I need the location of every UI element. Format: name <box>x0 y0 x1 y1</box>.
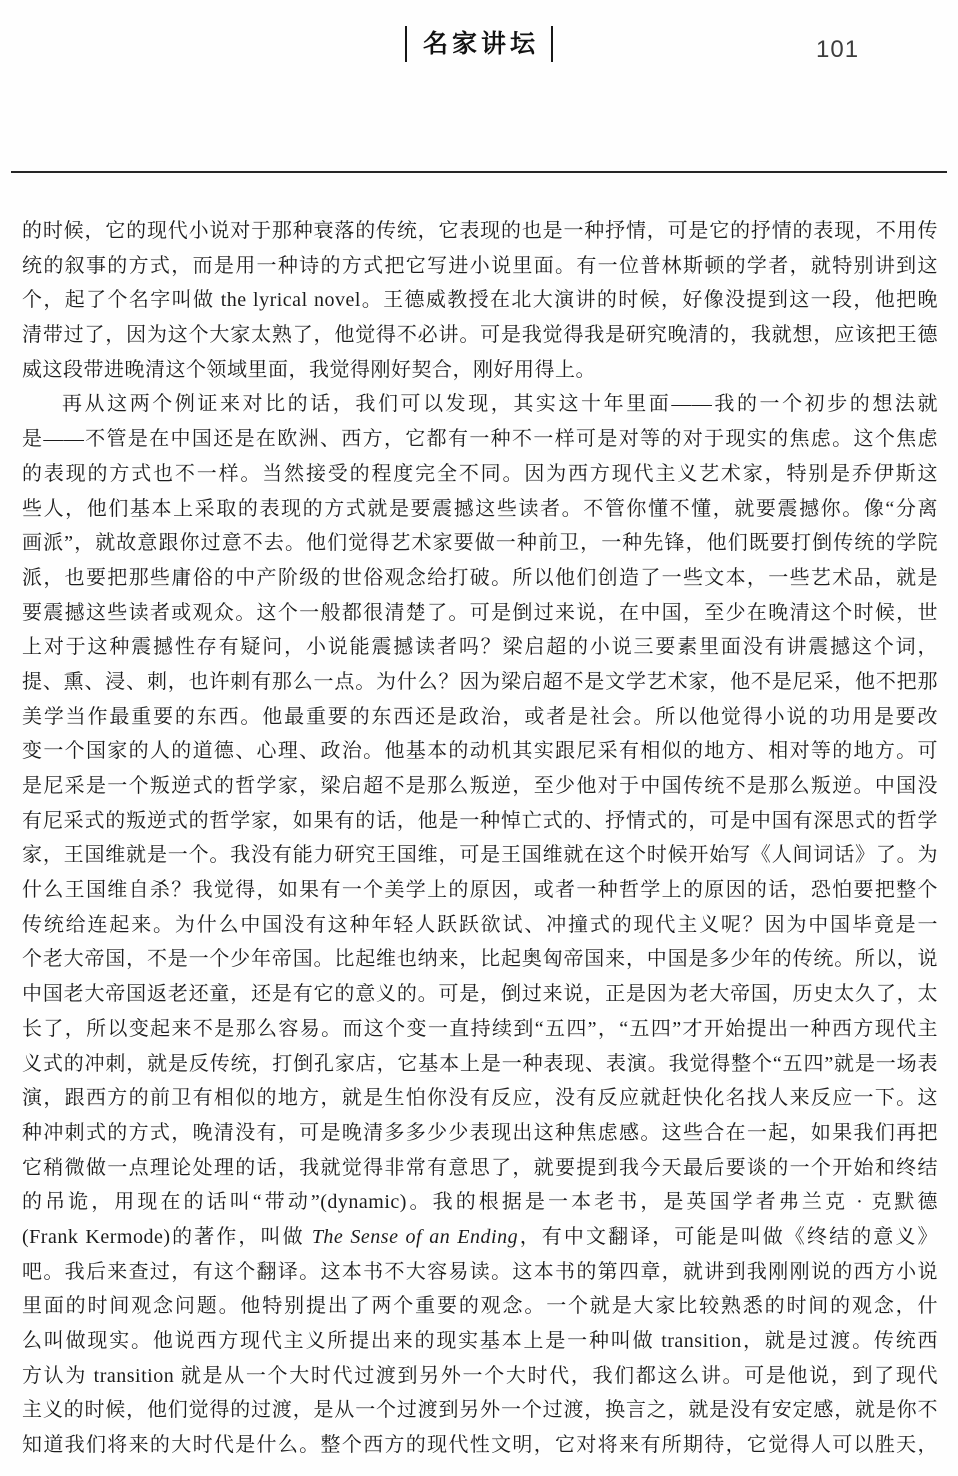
paragraph: 的时候，它的现代小说对于那种衰落的传统，它表现的也是一种抒情，可是它的抒情的表现… <box>22 214 938 387</box>
text-line: 演，跟西方的前卫有相似的地方，就是生怕你没有反应，没有反应就赶快化名找人来反应一… <box>22 1081 938 1116</box>
text-line: 中国老大帝国返老还童，还是有它的意义的。可是，倒过来说，正是因为老大帝国，历史太… <box>22 977 938 1012</box>
text-line: 是——不管是在中国还是在欧洲、西方，它都有一种不一样可是对等的对于现实的焦虑。这… <box>22 422 938 457</box>
text-line: 义式的冲刺，就是反传统，打倒孔家店，它基本上是一种表现、表演。我觉得整个“五四”… <box>22 1047 938 1082</box>
running-head: 名家讲坛 101 <box>0 26 958 70</box>
text-line: 什么王国维自杀？我觉得，如果有一个美学上的原因，或者一种哲学上的原因的话，恐怕要… <box>22 873 938 908</box>
text-line: 主义的时候，他们觉得的过渡，是从一个过渡到另外一个过渡，换言之，就是没有安定感，… <box>22 1393 938 1428</box>
text-line: 种冲刺式的方式，晚清没有，可是晚清多多少少表现出这种焦虑感。这些合在一起，如果我… <box>22 1116 938 1151</box>
text-line: 知道我们将来的大时代是什么。整个西方的现代性文明，它对将来有所期待，它觉得人可以… <box>22 1428 938 1463</box>
text-line: 统的叙事的方式，而是用一种诗的方式把它写进小说里面。有一位普林斯顿的学者，就特别… <box>22 249 938 284</box>
text-line: 提、熏、浸、刺，也许刺有那么一点。为什么？因为梁启超不是文学艺术家，他不是尼采，… <box>22 665 938 700</box>
text-line: 吧。我后来查过，有这个翻译。这本书不大容易读。这本书的第四章，就讲到我刚刚说的西… <box>22 1255 938 1290</box>
book-title-italic: The Sense of an Ending <box>312 1226 518 1248</box>
text-segment: ，有中文翻译，可能是叫做《终结的意义》 <box>518 1226 938 1248</box>
text-segment: (Frank Kermode)的著作，叫做 <box>22 1226 312 1248</box>
text-line: 它稍微做一点理论处理的话，我就觉得非常有意思了，就要提到我今天最后要谈的一个开始… <box>22 1151 938 1186</box>
text-line: 家，王国维就是一个。我没有能力研究王国维，可是王国维就在这个时候开始写《人间词话… <box>22 838 938 873</box>
text-line: 是尼采是一个叛逆式的哲学家，梁启超不是那么叛逆，至少他对于中国传统不是那么叛逆。… <box>22 769 938 804</box>
text-line: 里面的时间观念问题。他特别提出了两个重要的观念。一个就是大家比较熟悉的时间的观念… <box>22 1289 938 1324</box>
text-line: 的吊诡，用现在的话叫“带动”(dynamic)。我的根据是一本老书，是英国学者弗… <box>22 1185 938 1220</box>
text-line: 传统给连起来。为什么中国没有这种年轻人跃跃欲试、冲撞式的现代主义呢？因为中国毕竟… <box>22 908 938 943</box>
paragraph: 再从这两个例证来对比的话，我们可以发现，其实这十年里面——我的一个初步的想法就是… <box>22 387 938 1462</box>
text-line: 派，也要把那些庸俗的中产阶级的世俗观念给打破。所以他们创造了一些文本，一些艺术品… <box>22 561 938 596</box>
text-line: 方认为 transition 就是从一个大时代过渡到另外一个大时代，我们都这么讲… <box>22 1359 938 1394</box>
text-line: 再从这两个例证来对比的话，我们可以发现，其实这十年里面——我的一个初步的想法就 <box>22 387 938 422</box>
text-line: 些人，他们基本上采取的表现的方式就是要震撼这些读者。不管你懂不懂，就要震撼你。像… <box>22 492 938 527</box>
text-line: (Frank Kermode)的著作，叫做 The Sense of an En… <box>22 1220 938 1255</box>
text-line: 上对于这种震撼性存有疑问，小说能震撼读者吗？梁启超的小说三要素里面没有讲震撼这个… <box>22 630 938 665</box>
text-line: 长了，所以变起来不是那么容易。而这个变一直持续到“五四”，“五四”才开始提出一种… <box>22 1012 938 1047</box>
text-line: 清带过了，因为这个大家太熟了，他觉得不必讲。可是我觉得我是研究晚清的，我就想，应… <box>22 318 938 353</box>
text-line: 的时候，它的现代小说对于那种衰落的传统，它表现的也是一种抒情，可是它的抒情的表现… <box>22 214 938 249</box>
page-content: 的时候，它的现代小说对于那种衰落的传统，它表现的也是一种抒情，可是它的抒情的表现… <box>22 214 938 1463</box>
text-line: 有尼采式的叛逆式的哲学家，如果有的话，他是一种悼亡式的、抒情式的，可是中国有深思… <box>22 804 938 839</box>
page-number: 101 <box>816 36 859 64</box>
text-line: 要震撼这些读者或观众。这个一般都很清楚了。可是倒过来说，在中国，至少在晚清这个时… <box>22 596 938 631</box>
text-line: 个，起了个名字叫做 the lyrical novel。王德威教授在北大演讲的时… <box>22 283 938 318</box>
text-line: 威这段带进晚清这个领域里面，我觉得刚好契合，刚好用得上。 <box>22 353 938 388</box>
text-line: 的表现的方式也不一样。当然接受的程度完全不同。因为西方现代主义艺术家，特别是乔伊… <box>22 457 938 492</box>
header-rule <box>11 171 947 173</box>
text-line: 画派”，就故意跟你过意不去。他们觉得艺术家要做一种前卫，一种先锋，他们既要打倒传… <box>22 526 938 561</box>
text-line: 么叫做现实。他说西方现代主义所提出来的现实基本上是一种叫做 transition… <box>22 1324 938 1359</box>
section-title: 名家讲坛 <box>405 26 553 62</box>
text-line: 个老大帝国，不是一个少年帝国。比起维也纳来，比起奥匈帝国来，中国是多少年的传统。… <box>22 942 938 977</box>
text-line: 变一个国家的人的道德、心理、政治。他基本的动机其实跟尼采有相似的地方、相对等的地… <box>22 734 938 769</box>
text-line: 美学当作最重要的东西。他最重要的东西还是政治，或者是社会。所以他觉得小说的功用是… <box>22 700 938 735</box>
